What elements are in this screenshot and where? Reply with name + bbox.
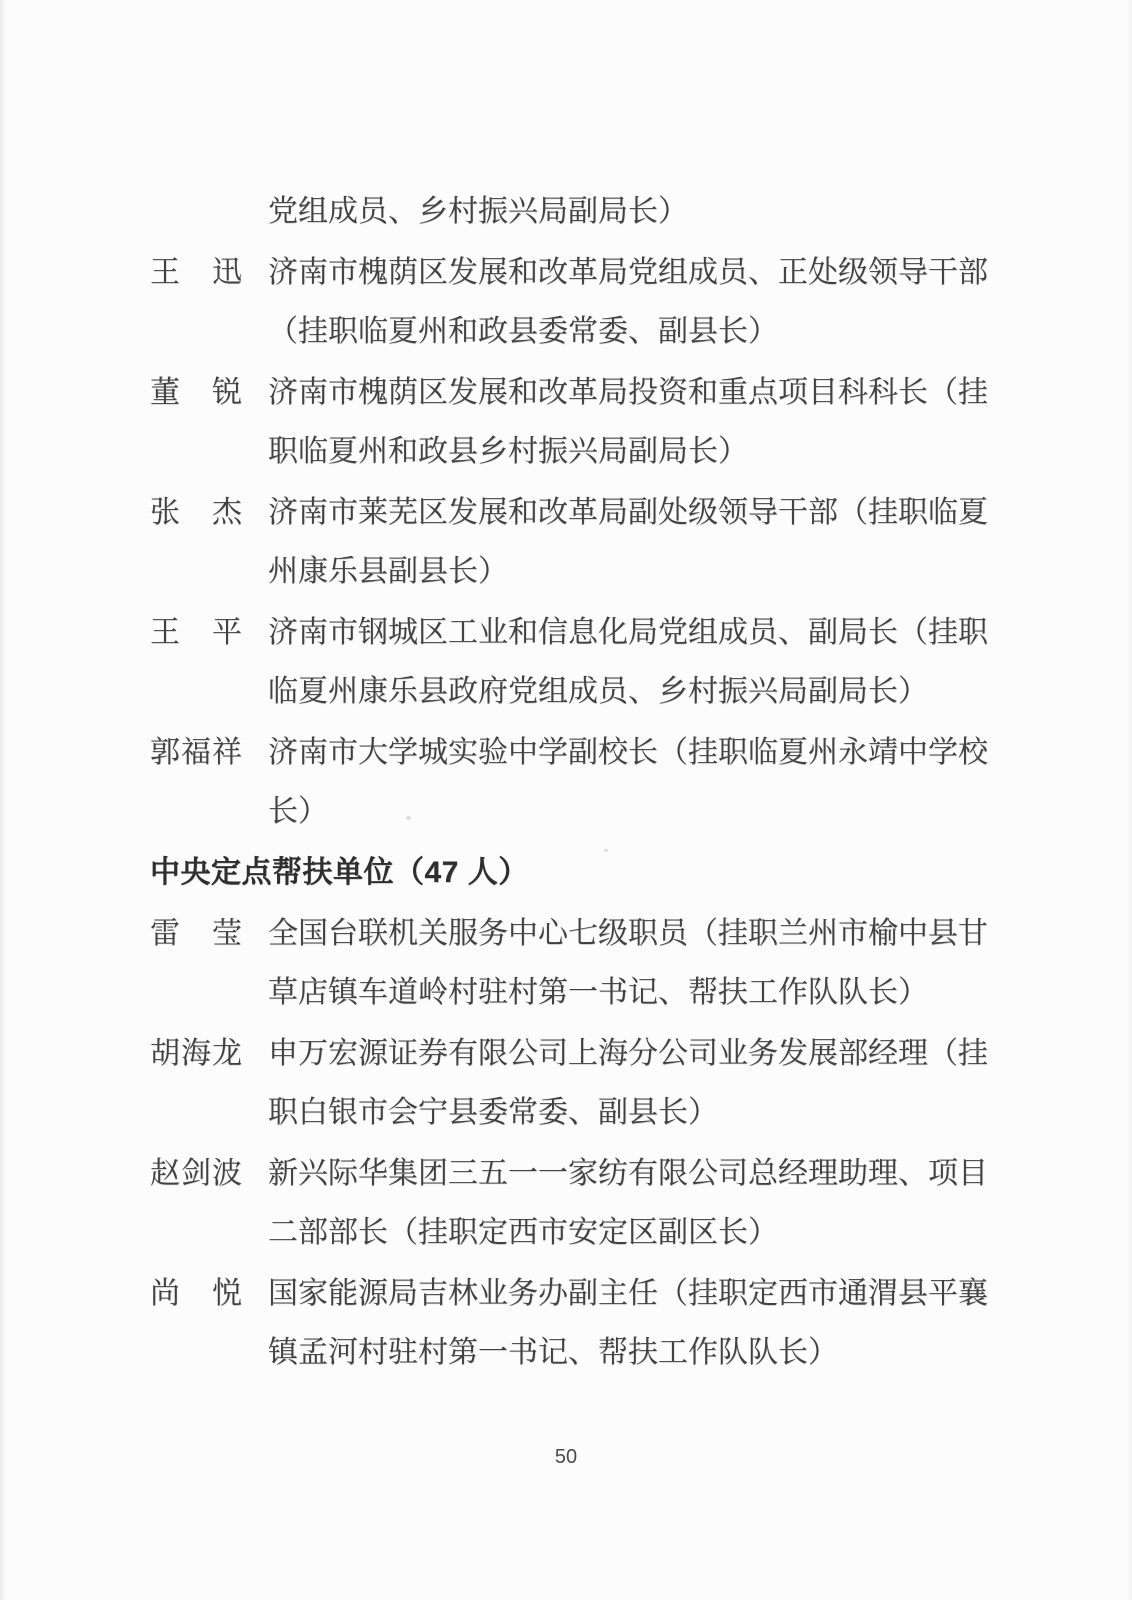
position-text: 济南市大学城实验中学副校长（挂职临夏州永靖中学校长） xyxy=(268,723,990,841)
roster-entry: 雷 莹 全国台联机关服务中心七级职员（挂职兰州市榆中县甘草店镇车道岭村驻村第一书… xyxy=(150,904,996,1022)
roster-entry: 郭福祥 济南市大学城实验中学副校长（挂职临夏州永靖中学校长） xyxy=(150,723,996,841)
person-name: 郭福祥 xyxy=(150,723,246,782)
roster-entry: 董 锐 济南市槐荫区发展和改革局投资和重点项目科科长（挂职临夏州和政县乡村振兴局… xyxy=(150,363,996,481)
roster-entry: 赵剑波 新兴际华集团三五一一家纺有限公司总经理助理、项目二部部长（挂职定西市安定… xyxy=(150,1144,996,1262)
person-name: 胡海龙 xyxy=(150,1024,246,1083)
position-text: 济南市槐荫区发展和改革局投资和重点项目科科长（挂职临夏州和政县乡村振兴局副局长） xyxy=(268,363,990,481)
roster-entry: 王 平 济南市钢城区工业和信息化局党组成员、副局长（挂职临夏州康乐县政府党组成员… xyxy=(150,603,996,721)
position-text: 新兴际华集团三五一一家纺有限公司总经理助理、项目二部部长（挂职定西市安定区副区长… xyxy=(268,1144,990,1262)
position-text: 济南市槐荫区发展和改革局党组成员、正处级领导干部（挂职临夏州和政县委常委、副县长… xyxy=(268,243,990,361)
roster-entry: 张 杰 济南市莱芜区发展和改革局副处级领导干部（挂职临夏州康乐县副县长） xyxy=(150,483,996,601)
position-text: 全国台联机关服务中心七级职员（挂职兰州市榆中县甘草店镇车道岭村驻村第一书记、帮扶… xyxy=(268,904,990,1022)
person-name: 赵剑波 xyxy=(150,1144,246,1203)
roster-entry: 党组成员、乡村振兴局副局长） xyxy=(150,182,996,241)
scan-edge-shading-right xyxy=(1127,0,1132,1600)
roster-entry: 胡海龙 申万宏源证券有限公司上海分公司业务发展部经理（挂职白银市会宁县委常委、副… xyxy=(150,1024,996,1142)
person-name: 尚 悦 xyxy=(150,1264,246,1323)
position-text: 党组成员、乡村振兴局副局长） xyxy=(268,182,990,241)
person-name: 张 杰 xyxy=(150,483,246,542)
document-page: 党组成员、乡村振兴局副局长） 王 迅 济南市槐荫区发展和改革局党组成员、正处级领… xyxy=(0,0,1132,1600)
person-name: 王 迅 xyxy=(150,243,246,302)
roster-entry: 尚 悦 国家能源局吉林业务办副主任（挂职定西市通渭县平襄镇孟河村驻村第一书记、帮… xyxy=(150,1264,996,1382)
scan-edge-shading-left xyxy=(0,0,6,1600)
person-name: 王 平 xyxy=(150,603,246,662)
position-text: 济南市钢城区工业和信息化局党组成员、副局长（挂职临夏州康乐县政府党组成员、乡村振… xyxy=(268,603,990,721)
roster-entry: 王 迅 济南市槐荫区发展和改革局党组成员、正处级领导干部（挂职临夏州和政县委常委… xyxy=(150,243,996,361)
person-name: 董 锐 xyxy=(150,363,246,422)
section-heading: 中央定点帮扶单位（47 人） xyxy=(150,843,996,902)
person-name: 雷 莹 xyxy=(150,904,246,963)
position-text: 济南市莱芜区发展和改革局副处级领导干部（挂职临夏州康乐县副县长） xyxy=(268,483,990,601)
page-number: 50 xyxy=(0,1446,1132,1469)
position-text: 申万宏源证券有限公司上海分公司业务发展部经理（挂职白银市会宁县委常委、副县长） xyxy=(268,1024,990,1142)
document-content: 党组成员、乡村振兴局副局长） 王 迅 济南市槐荫区发展和改革局党组成员、正处级领… xyxy=(150,182,996,1384)
position-text: 国家能源局吉林业务办副主任（挂职定西市通渭县平襄镇孟河村驻村第一书记、帮扶工作队… xyxy=(268,1264,990,1382)
